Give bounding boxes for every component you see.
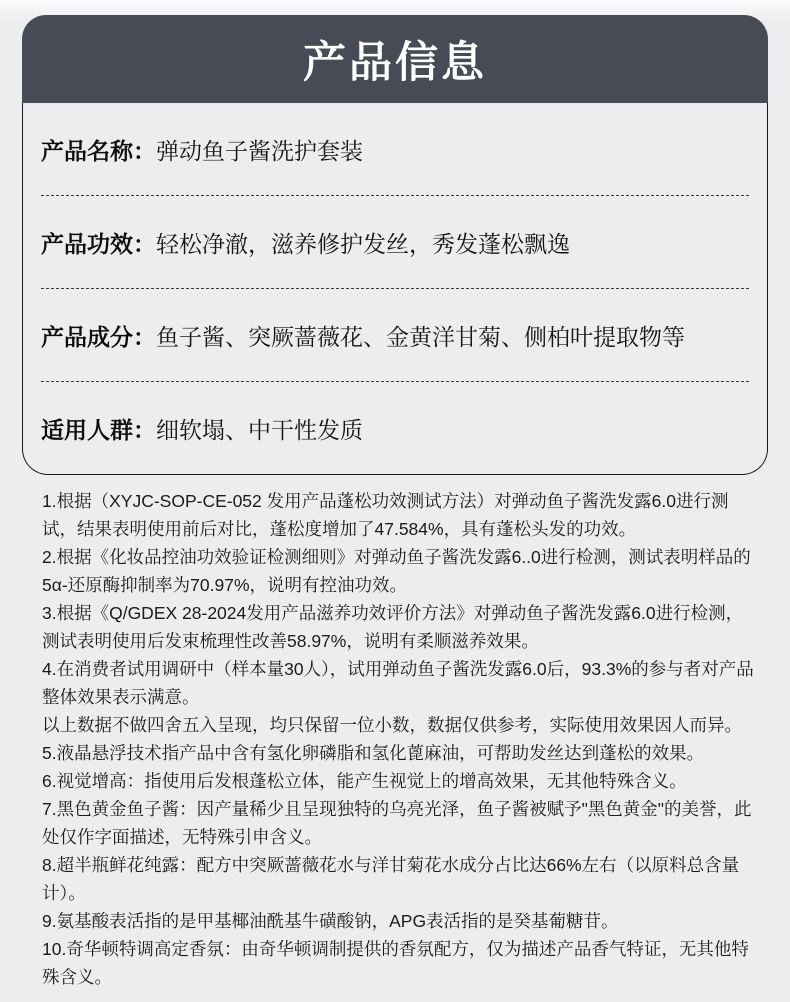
note-item: 7.黑色黄金鱼子酱：因产量稀少且呈现独特的乌亮光泽，鱼子酱被赋予"黑色黄金"的美… [42, 795, 754, 851]
note-item: 2.根据《化妆品控油功效验证检测细则》对弹动鱼子酱洗发露6..0进行检测，测试表… [42, 543, 754, 599]
note-item: 3.根据《Q/GDEX 28-2024发用产品滋养功效评价方法》对弹动鱼子酱洗发… [42, 599, 754, 655]
note-item: 1.根据（XYJC-SOP-CE-052 发用产品蓬松功效测试方法）对弹动鱼子酱… [42, 487, 754, 543]
note-item: 9.氨基酸表活指的是甲基椰油酰基牛磺酸钠，APG表活指的是癸基葡糖苷。 [42, 907, 754, 935]
row-value: 鱼子酱、突厥蔷薇花、金黄洋甘菊、侧柏叶提取物等 [156, 319, 685, 352]
row-value: 弹动鱼子酱洗护套装 [156, 133, 363, 166]
note-item: 8.超半瓶鲜花纯露：配方中突厥蔷薇花水与洋甘菊花水成分占比达66%左右（以原料总… [42, 851, 754, 907]
disclaimer-notes: 1.根据（XYJC-SOP-CE-052 发用产品蓬松功效测试方法）对弹动鱼子酱… [42, 487, 754, 991]
note-item: 6.视觉增高：指使用后发根蓬松立体，能产生视觉上的增高效果，无其他特殊含义。 [42, 767, 754, 795]
row-label: 产品功效： [41, 226, 156, 259]
row-label: 产品名称： [41, 133, 156, 166]
product-row-ingredients: 产品成分： 鱼子酱、突厥蔷薇花、金黄洋甘菊、侧柏叶提取物等 [23, 289, 767, 381]
panel-header: 产品信息 [22, 15, 768, 103]
product-row-efficacy: 产品功效： 轻松净澈，滋养修护发丝，秀发蓬松飘逸 [23, 196, 767, 288]
row-value: 轻松净澈，滋养修护发丝，秀发蓬松飘逸 [156, 226, 570, 259]
row-label: 产品成分： [41, 319, 156, 352]
product-info-panel: 产品信息 产品名称： 弹动鱼子酱洗护套装 产品功效： 轻松净澈，滋养修护发丝，秀… [22, 15, 768, 475]
note-item: 10.奇华顿特调高定香氛：由奇华顿调制提供的香氛配方，仅为描述产品香气特证，无其… [42, 935, 754, 991]
page-title: 产品信息 [303, 29, 487, 90]
product-row-name: 产品名称： 弹动鱼子酱洗护套装 [23, 103, 767, 195]
row-value: 细软塌、中干性发质 [156, 412, 363, 445]
product-info-card: 产品名称： 弹动鱼子酱洗护套装 产品功效： 轻松净澈，滋养修护发丝，秀发蓬松飘逸… [22, 103, 768, 475]
note-item: 4.在消费者试用调研中（样本量30人），试用弹动鱼子酱洗发露6.0后，93.3%… [42, 655, 754, 711]
product-row-audience: 适用人群： 细软塌、中干性发质 [23, 382, 767, 474]
note-item: 5.液晶悬浮技术指产品中含有氢化卵磷脂和氢化蓖麻油，可帮助发丝达到蓬松的效果。 [42, 739, 754, 767]
row-label: 适用人群： [41, 412, 156, 445]
note-item: 以上数据不做四舍五入呈现，均只保留一位小数，数据仅供参考，实际使用效果因人而异。 [42, 711, 754, 739]
